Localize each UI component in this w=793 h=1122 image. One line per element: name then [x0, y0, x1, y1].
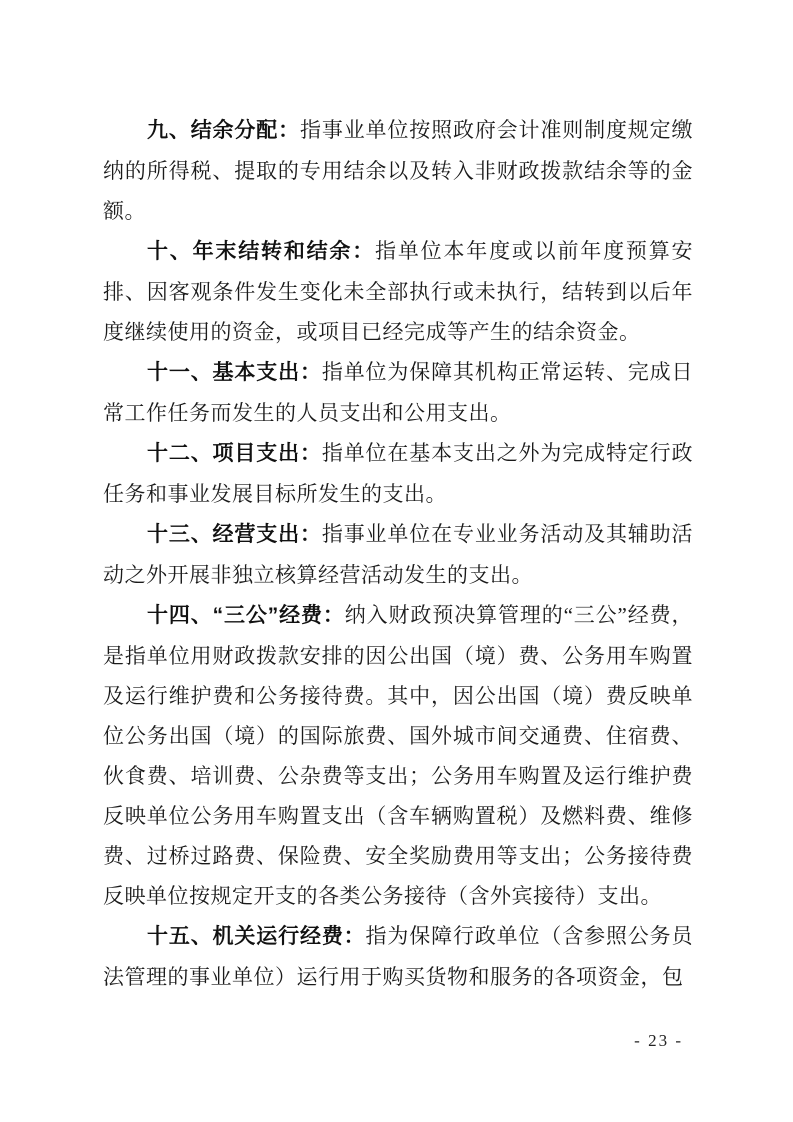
- paragraph-heading: 十一、基本支出：: [147, 361, 322, 384]
- paragraph-heading: 九、结余分配：: [147, 119, 300, 142]
- page-number: - 23 -: [634, 1031, 683, 1051]
- paragraph: 十二、项目支出：指单位在基本支出之外为完成特定行政任务和事业发展目标所发生的支出…: [103, 433, 693, 514]
- document-page: 九、结余分配：指事业单位按照政府会计准则制度规定缴纳的所得税、提取的专用结余以及…: [0, 0, 793, 1122]
- paragraph-heading: 十五、机关运行经费：: [147, 925, 366, 948]
- paragraph-heading: 十二、项目支出：: [147, 442, 322, 465]
- paragraph: 九、结余分配：指事业单位按照政府会计准则制度规定缴纳的所得税、提取的专用结余以及…: [103, 110, 693, 231]
- paragraph: 十、年末结转和结余：指单位本年度或以前年度预算安排、因客观条件发生变化未全部执行…: [103, 231, 693, 352]
- paragraph-heading: 十、年末结转和结余：: [147, 240, 375, 263]
- document-body: 九、结余分配：指事业单位按照政府会计准则制度规定缴纳的所得税、提取的专用结余以及…: [103, 110, 693, 997]
- paragraph-body: 纳入财政预决算管理的“三公”经费，是指单位用财政拨款安排的因公出国（境）费、公务…: [103, 603, 693, 908]
- paragraph: 十四、“三公”经费：纳入财政预决算管理的“三公”经费，是指单位用财政拨款安排的因…: [103, 595, 693, 916]
- paragraph: 十三、经营支出：指事业单位在专业业务活动及其辅助活动之外开展非独立核算经营活动发…: [103, 514, 693, 595]
- paragraph: 十一、基本支出：指单位为保障其机构正常运转、完成日常工作任务而发生的人员支出和公…: [103, 352, 693, 433]
- paragraph-heading: 十四、“三公”经费：: [147, 604, 345, 627]
- paragraph: 十五、机关运行经费：指为保障行政单位（含参照公务员法管理的事业单位）运行用于购买…: [103, 916, 693, 997]
- paragraph-heading: 十三、经营支出：: [147, 523, 322, 546]
